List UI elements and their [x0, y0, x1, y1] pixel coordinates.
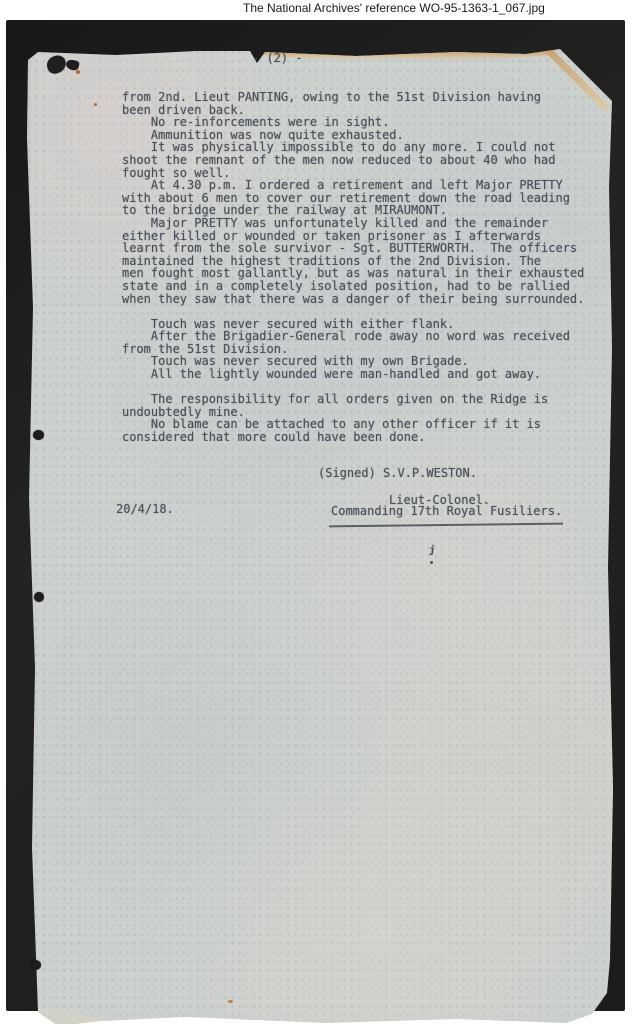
page-number: - (2) - — [252, 52, 303, 65]
punch-hole — [34, 592, 44, 602]
typed-line: The responsibility for all orders given … — [122, 393, 584, 406]
typed-line: learnt from the sole survivor - Sgt. BUT… — [122, 242, 584, 255]
signature-date: 20/4/18. — [116, 503, 174, 516]
typed-line: from 2nd. Lieut PANTING, owing to the 51… — [122, 91, 584, 104]
signature-unit-line: Commanding 17th Royal Fusiliers. — [331, 505, 562, 518]
rust-spot — [76, 70, 80, 74]
typed-body: from 2nd. Lieut PANTING, owing to the 51… — [122, 91, 584, 444]
punch-hole — [30, 960, 41, 970]
typed-line: considered that more could have been don… — [122, 431, 584, 444]
signature-signed-line: (Signed) S.V.P.WESTON. — [318, 467, 477, 480]
tape-residue-strip — [262, 49, 554, 60]
typed-line: No re-inforcements were in sight. — [122, 116, 584, 129]
typed-line: state and in a completely isolated posit… — [122, 280, 584, 293]
rust-spot — [228, 1000, 233, 1003]
rust-spot — [94, 103, 97, 106]
page-fold — [28, 976, 120, 1024]
punch-hole — [33, 430, 44, 440]
typed-line: At 4.30 p.m. I ordered a retirement and … — [122, 179, 584, 192]
typed-line: when they saw that there was a danger of… — [122, 293, 584, 306]
typed-line: After the Brigadier-General rode away no… — [122, 330, 584, 343]
typed-line — [122, 305, 584, 318]
typed-line: shoot the remnant of the men now reduced… — [122, 154, 584, 167]
dirt-speck — [430, 561, 433, 564]
stray-ink-mark: j — [428, 545, 435, 558]
archive-scan-viewer: The National Archives' reference WO-95-1… — [0, 0, 633, 1024]
typed-line: Major PRETTY was unfortunately killed an… — [122, 217, 584, 230]
archive-reference-label: The National Archives' reference WO-95-1… — [243, 1, 545, 15]
typed-line: All the lightly wounded were man-handled… — [122, 368, 584, 381]
